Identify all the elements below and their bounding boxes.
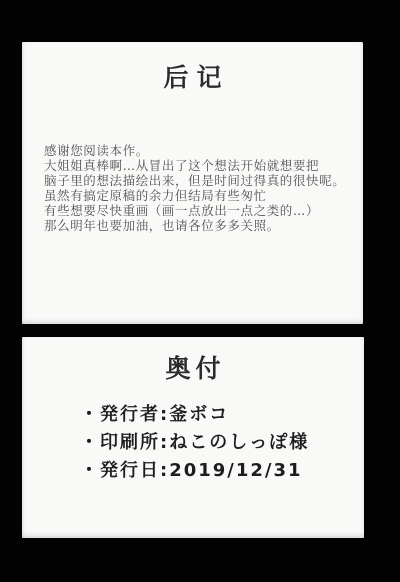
afterword-body: 感谢您阅读本作。 大姐姐真棒啊…从冒出了这个想法开始就想要把 脑子里的想法描绘出… [44,143,345,233]
colophon-item-publish-date: ・発行日:2019/12/31 [80,457,309,485]
colophon-item-publisher: ・発行者:釜ボコ [80,401,309,429]
afterword-line-1: 感谢您阅读本作。 [44,143,345,158]
afterword-title: 后记 [22,58,363,94]
afterword-line-5: 有些想要尽快重画（画一点放出一点之类的…） [44,203,345,218]
afterword-line-2: 大姐姐真棒啊…从冒出了这个想法开始就想要把 [44,158,345,173]
colophon-panel: 奥付 ・発行者:釜ボコ ・印刷所:ねこのしっぽ様 ・発行日:2019/12/31 [22,337,364,538]
afterword-line-3: 脑子里的想法描绘出来，但是时间过得真的很快呢。 [44,173,345,188]
scanned-page-background: 后记 感谢您阅读本作。 大姐姐真棒啊…从冒出了这个想法开始就想要把 脑子里的想法… [0,0,400,582]
colophon-item-printer: ・印刷所:ねこのしっぽ様 [80,429,309,457]
colophon-list: ・発行者:釜ボコ ・印刷所:ねこのしっぽ様 ・発行日:2019/12/31 [80,401,309,485]
afterword-line-4: 虽然有搞定原稿的余力但结局有些匆忙 [44,188,345,203]
colophon-title: 奥付 [22,349,364,385]
afterword-line-6: 那么明年也要加油，也请各位多多关照。 [44,218,345,233]
afterword-panel: 后记 感谢您阅读本作。 大姐姐真棒啊…从冒出了这个想法开始就想要把 脑子里的想法… [22,42,363,324]
